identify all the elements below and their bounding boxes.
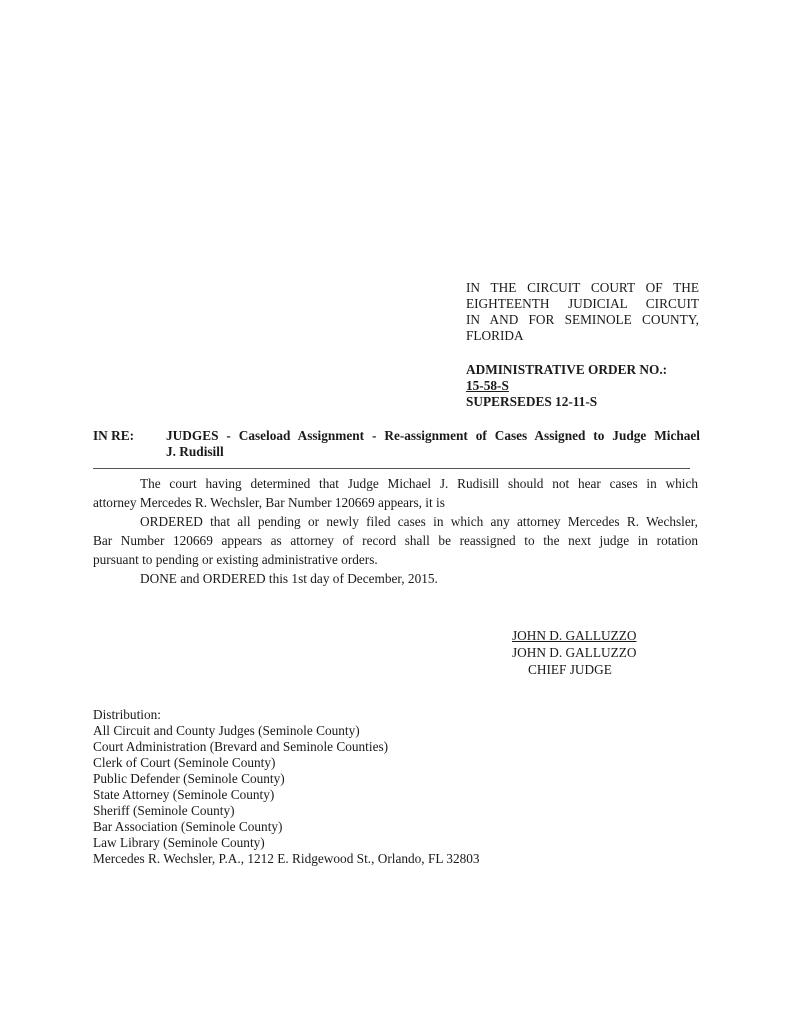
in-re-subject: JUDGES - Caseload Assignment - Re-assign… bbox=[166, 428, 700, 460]
body-line: DONE and ORDERED this 1st day of Decembe… bbox=[93, 569, 698, 588]
signer-title: CHIEF JUDGE bbox=[512, 661, 672, 678]
body-line: attorney Mercedes R. Wechsler, Bar Numbe… bbox=[93, 493, 698, 512]
caption-line: IN THE CIRCUIT COURT OF THE bbox=[466, 280, 699, 296]
body-line: ORDERED that all pending or newly filed … bbox=[93, 512, 698, 531]
distribution-recipient: State Attorney (Seminole County) bbox=[93, 787, 593, 803]
body-line: pursuant to pending or existing administ… bbox=[93, 550, 698, 569]
signature-block: JOHN D. GALLUZZO JOHN D. GALLUZZO CHIEF … bbox=[512, 627, 672, 678]
horizontal-rule bbox=[93, 468, 690, 469]
distribution-recipient: Bar Association (Seminole County) bbox=[93, 819, 593, 835]
distribution-recipient: Sheriff (Seminole County) bbox=[93, 803, 593, 819]
document-page: IN THE CIRCUIT COURT OF THE EIGHTEENTH J… bbox=[0, 0, 791, 1024]
court-caption: IN THE CIRCUIT COURT OF THE EIGHTEENTH J… bbox=[466, 280, 699, 344]
order-number: 15-58-S bbox=[466, 378, 706, 394]
body-line: Bar Number 120669 appears as attorney of… bbox=[93, 531, 698, 550]
distribution-heading: Distribution: bbox=[93, 707, 593, 723]
order-body: The court having determined that Judge M… bbox=[93, 474, 698, 588]
body-line: The court having determined that Judge M… bbox=[93, 474, 698, 493]
distribution-recipient: Mercedes R. Wechsler, P.A., 1212 E. Ridg… bbox=[93, 851, 593, 867]
distribution-recipient: Clerk of Court (Seminole County) bbox=[93, 755, 593, 771]
distribution-recipient: All Circuit and County Judges (Seminole … bbox=[93, 723, 593, 739]
printed-name: JOHN D. GALLUZZO bbox=[512, 644, 672, 661]
distribution-list: Distribution: All Circuit and County Jud… bbox=[93, 707, 593, 867]
in-re-subject-line: J. Rudisill bbox=[166, 444, 700, 460]
order-label: ADMINISTRATIVE ORDER NO.: bbox=[466, 362, 706, 378]
supersedes-notice: SUPERSEDES 12-11-S bbox=[466, 394, 706, 410]
caption-line: FLORIDA bbox=[466, 328, 699, 344]
administrative-order-block: ADMINISTRATIVE ORDER NO.: 15-58-S SUPERS… bbox=[466, 362, 706, 410]
caption-line: EIGHTEENTH JUDICIAL CIRCUIT bbox=[466, 296, 699, 312]
distribution-recipient: Court Administration (Brevard and Semino… bbox=[93, 739, 593, 755]
caption-line: IN AND FOR SEMINOLE COUNTY, bbox=[466, 312, 699, 328]
distribution-recipient: Law Library (Seminole County) bbox=[93, 835, 593, 851]
distribution-recipient: Public Defender (Seminole County) bbox=[93, 771, 593, 787]
in-re-label: IN RE: bbox=[93, 428, 163, 444]
in-re-subject-line: JUDGES - Caseload Assignment - Re-assign… bbox=[166, 428, 700, 444]
signed-name: JOHN D. GALLUZZO bbox=[512, 627, 672, 644]
